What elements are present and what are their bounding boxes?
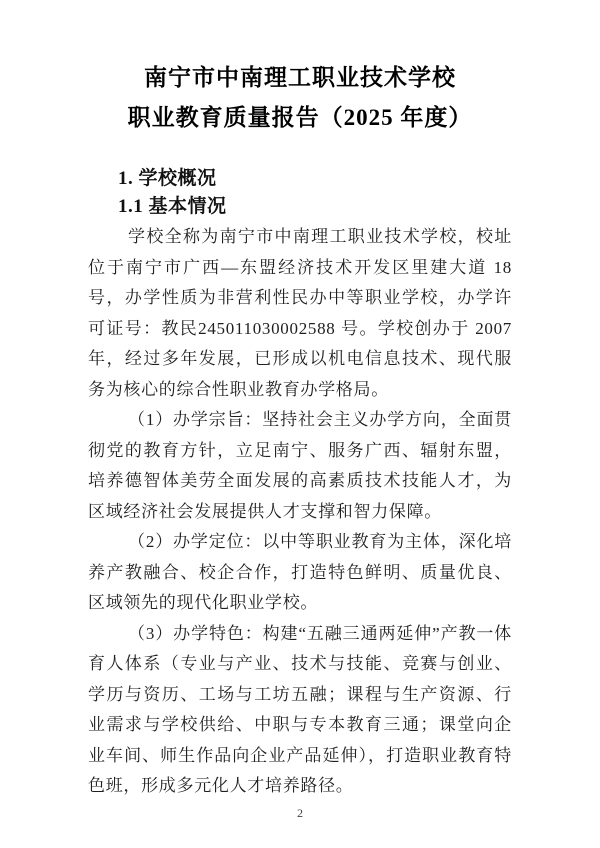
paragraph-school-characteristics: （3）办学特色：构建“五融三通两延伸”产教一体育人体系（专业与产业、技术与技能、… [88,619,512,802]
document-page: 南宁市中南理工职业技术学校 职业教育质量报告（2025 年度） 1. 学校概况 … [0,0,600,848]
paragraph-school-positioning: （2）办学定位：以中等职业教育为主体，深化培养产教融合、校企合作，打造特色鲜明、… [88,527,512,619]
paragraph-basic-info: 学校全称为南宁市中南理工职业技术学校，校址位于南宁市广西—东盟经济技术开发区里建… [88,222,512,405]
page-number: 2 [0,806,600,820]
subsection-heading-basic-situation: 1.1 基本情况 [88,193,512,221]
body-text: 学校全称为南宁市中南理工职业技术学校，校址位于南宁市广西—东盟经济技术开发区里建… [88,222,512,802]
title-line-2: 职业教育质量报告（2025 年度） [88,98,512,138]
document-content: 南宁市中南理工职业技术学校 职业教育质量报告（2025 年度） 1. 学校概况 … [88,0,512,802]
section-heading-school-overview: 1. 学校概况 [88,165,512,193]
document-title: 南宁市中南理工职业技术学校 职业教育质量报告（2025 年度） [88,58,512,138]
paragraph-school-mission: （1）办学宗旨：坚持社会主义办学方向，全面贯彻党的教育方针，立足南宁、服务广西、… [88,405,512,527]
title-line-1: 南宁市中南理工职业技术学校 [88,58,512,98]
